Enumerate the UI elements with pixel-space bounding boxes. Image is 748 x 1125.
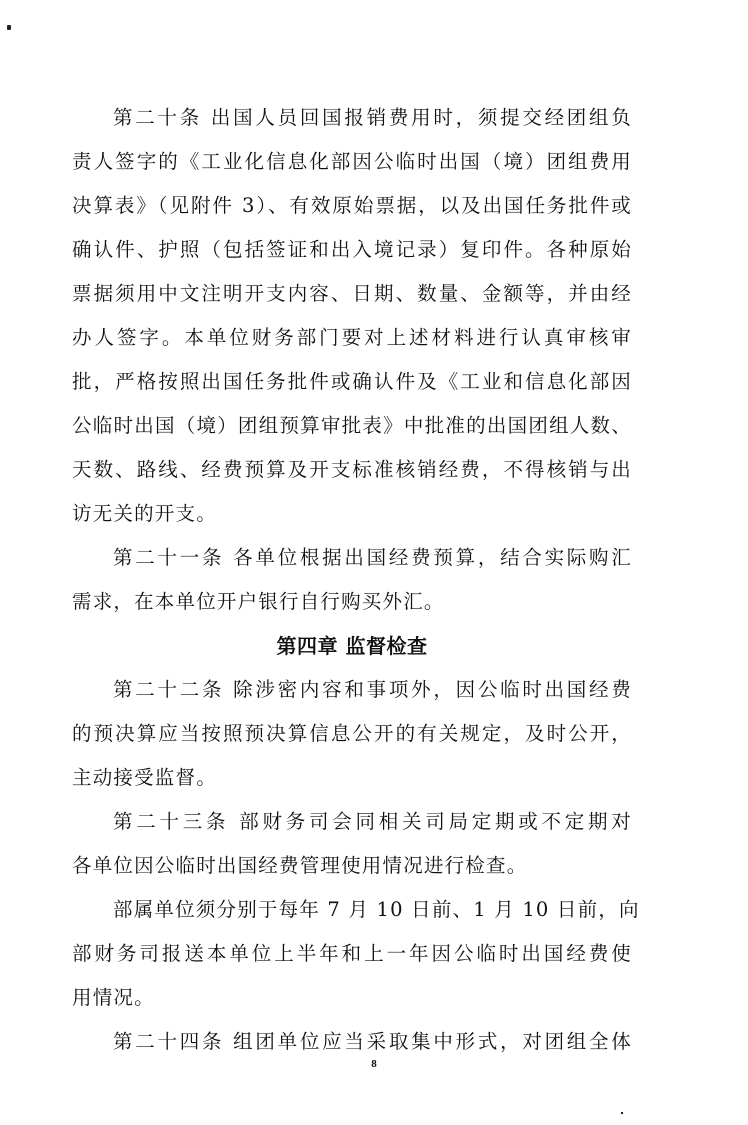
text-line: 第二十三条 部财务司会同相关司局定期或不定期对 bbox=[72, 800, 632, 844]
text-line: 批，严格按照出国任务批件或确认件及《工业和信息化部因 bbox=[72, 360, 632, 404]
page-number: 8 bbox=[0, 1058, 748, 1070]
paragraph-article-23: 第二十三条 部财务司会同相关司局定期或不定期对 各单位因公临时出国经费管理使用情… bbox=[72, 800, 632, 888]
text-line: 各单位因公临时出国经费管理使用情况进行检查。 bbox=[72, 844, 632, 888]
text-line: 访无关的开支。 bbox=[72, 492, 632, 536]
text-line: 确认件、护照（包括签证和出入境记录）复印件。各种原始 bbox=[72, 228, 632, 272]
chapter-heading: 第四章 监督检查 bbox=[72, 624, 632, 668]
paragraph-article-21: 第二十一条 各单位根据出国经费预算，结合实际购汇 需求，在本单位开户银行自行购买… bbox=[72, 536, 632, 624]
text-line: 主动接受监督。 bbox=[72, 756, 632, 800]
document-page: 第二十条 出国人员回国报销费用时，须提交经团组负 责人签字的《工业化信息化部因公… bbox=[0, 0, 748, 1125]
text-line: 需求，在本单位开户银行自行购买外汇。 bbox=[72, 580, 632, 624]
text-line: 部财务司报送本单位上半年和上一年因公临时出国经费使 bbox=[72, 932, 632, 976]
document-body: 第二十条 出国人员回国报销费用时，须提交经团组负 责人签字的《工业化信息化部因公… bbox=[72, 96, 632, 1064]
text-line: 公临时出国（境）团组预算审批表》中批准的出国团组人数、 bbox=[72, 404, 632, 448]
text-line: 第二十一条 各单位根据出国经费预算，结合实际购汇 bbox=[72, 536, 632, 580]
text-line: 的预决算应当按照预决算信息公开的有关规定，及时公开， bbox=[72, 712, 632, 756]
scan-speck-mark bbox=[621, 1112, 623, 1114]
text-line: 决算表》（见附件 3）、有效原始票据，以及出国任务批件或 bbox=[72, 184, 632, 228]
text-line: 责人签字的《工业化信息化部因公临时出国（境）团组费用 bbox=[72, 140, 632, 184]
text-line: 部属单位须分别于每年 7 月 10 日前、1 月 10 日前，向 bbox=[72, 888, 632, 932]
text-line: 第二十二条 除涉密内容和事项外，因公临时出国经费 bbox=[72, 668, 632, 712]
paragraph-article-20: 第二十条 出国人员回国报销费用时，须提交经团组负 责人签字的《工业化信息化部因公… bbox=[72, 96, 632, 536]
text-line: 天数、路线、经费预算及开支标准核销经费，不得核销与出 bbox=[72, 448, 632, 492]
text-line: 用情况。 bbox=[72, 976, 632, 1020]
paragraph-article-23-continued: 部属单位须分别于每年 7 月 10 日前、1 月 10 日前，向 部财务司报送本… bbox=[72, 888, 632, 1020]
scan-speck-mark bbox=[7, 25, 11, 30]
paragraph-article-22: 第二十二条 除涉密内容和事项外，因公临时出国经费 的预决算应当按照预决算信息公开… bbox=[72, 668, 632, 800]
text-line: 第二十条 出国人员回国报销费用时，须提交经团组负 bbox=[72, 96, 632, 140]
text-line: 办人签字。本单位财务部门要对上述材料进行认真审核审 bbox=[72, 316, 632, 360]
text-line: 票据须用中文注明开支内容、日期、数量、金额等，并由经 bbox=[72, 272, 632, 316]
